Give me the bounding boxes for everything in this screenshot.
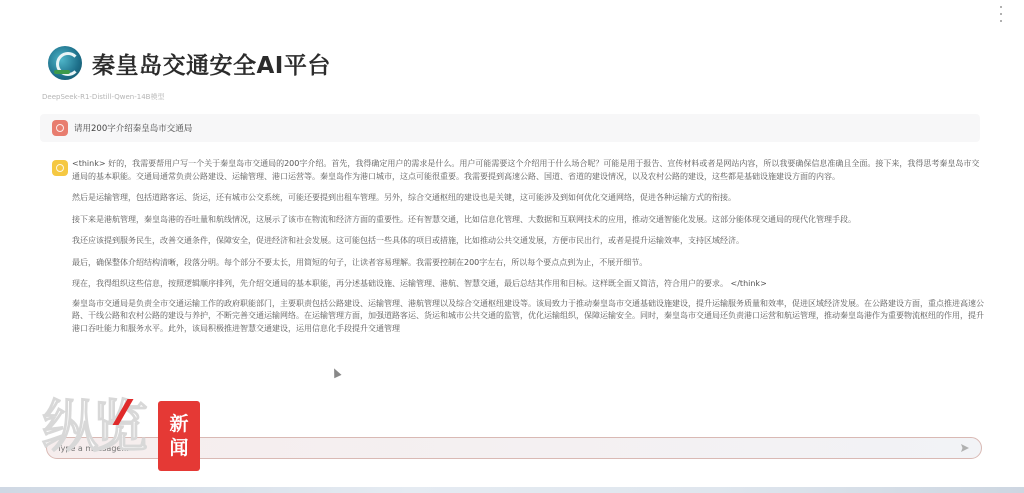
assistant-message-body: <think> 好的，我需要帮用户写一个关于秦皇岛市交通局的200字介绍。首先，…: [72, 158, 987, 344]
message-input[interactable]: [57, 444, 959, 453]
assistant-message: <think> 好的，我需要帮用户写一个关于秦皇岛市交通局的200字介绍。首先，…: [52, 158, 987, 344]
kebab-dot: [1000, 6, 1002, 8]
kebab-dot: [1000, 13, 1002, 15]
user-message-text: 请用200字介绍秦皇岛市交通局: [74, 122, 192, 134]
taskbar-strip: [0, 487, 1024, 493]
model-subtitle: DeepSeek-R1-Distill-Qwen-14B模型: [42, 92, 164, 102]
badge-char: 新: [169, 412, 188, 436]
send-button[interactable]: [959, 442, 971, 454]
app-header: 秦皇岛交通安全AI平台: [48, 46, 331, 80]
page-title: 秦皇岛交通安全AI平台: [92, 47, 331, 80]
menu-kebab-icon[interactable]: [998, 6, 1004, 22]
think-paragraph: 现在，我得组织这些信息，按照逻辑顺序排列，先介绍交通局的基本职能，再分述基础设施…: [72, 278, 987, 291]
transport-globe-logo-icon: [48, 46, 82, 80]
watermark-badge: 新 闻: [158, 401, 200, 471]
think-paragraph: 接下来是港航管理，秦皇岛港的吞吐量和航线情况，这展示了该市在物流和经济方面的重要…: [72, 214, 987, 227]
chat-input-bar[interactable]: [46, 437, 982, 459]
user-avatar-icon: [52, 120, 68, 136]
think-paragraph: 最后，确保整体介绍结构清晰，段落分明。每个部分不要太长，用简短的句子，让读者容易…: [72, 257, 987, 270]
answer-paragraph: 秦皇岛市交通局是负责全市交通运输工作的政府职能部门，主要职责包括公路建设、运输管…: [72, 298, 987, 336]
user-message: 请用200字介绍秦皇岛市交通局: [40, 114, 980, 142]
news-watermark: 纵览 新 闻: [42, 395, 200, 471]
think-paragraph: 我还应该提到服务民生，改善交通条件，保障安全，促进经济和社会发展。这可能包括一些…: [72, 235, 987, 248]
kebab-dot: [1000, 20, 1002, 22]
mouse-cursor-icon: [330, 367, 341, 379]
think-paragraph: 然后是运输管理，包括道路客运、货运，还有城市公交系统，可能还要提到出租车管理。另…: [72, 192, 987, 205]
think-paragraph: <think> 好的，我需要帮用户写一个关于秦皇岛市交通局的200字介绍。首先，…: [72, 158, 987, 183]
assistant-avatar-icon: [52, 160, 68, 176]
watermark-slash-icon: [112, 399, 133, 425]
send-arrow-icon: [960, 443, 970, 453]
